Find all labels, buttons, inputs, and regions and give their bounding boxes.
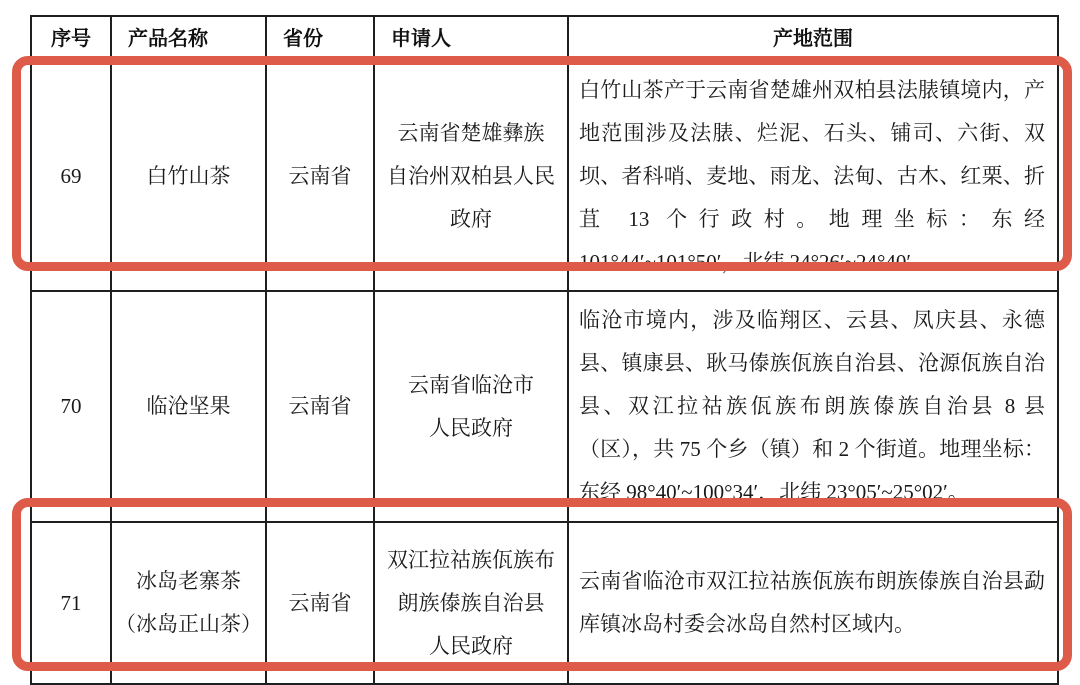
- row-70-product: 临沧坚果: [111, 291, 266, 522]
- row-69-region-text: 白竹山茶产于云南省楚雄州双柏县法脿镇境内，产地范围涉及法脿、烂泥、石头、铺司、六…: [579, 69, 1045, 284]
- row-70-applicant: 云南省临沧市 人民政府: [374, 291, 568, 522]
- row-70-region: 临沧市境内，涉及临翔区、云县、凤庆县、永德县、镇康县、耿马傣族佤族自治县、沧源佤…: [568, 291, 1058, 522]
- header-region: 产地范围: [568, 16, 1058, 62]
- header-applicant: 申请人: [374, 16, 568, 62]
- row-69-product: 白竹山茶: [111, 62, 266, 291]
- row-69-index: 69: [31, 62, 111, 291]
- row-71-product: 冰岛老寨茶 （冰岛正山茶）: [111, 522, 266, 684]
- row-69-province: 云南省: [266, 62, 374, 291]
- row-70-index: 70: [31, 291, 111, 522]
- row-71-region-text: 云南省临沧市双江拉祜族佤族布朗族傣族自治县勐库镇冰岛村委会冰岛自然村区域内。: [579, 560, 1045, 646]
- row-69-applicant: 云南省楚雄彝族 自治州双柏县人民 政府: [374, 62, 568, 291]
- header-province: 省份: [266, 16, 374, 62]
- table-row-69: 69 白竹山茶 云南省 云南省楚雄彝族 自治州双柏县人民 政府 白竹山茶产于云南…: [31, 62, 1058, 291]
- header-product: 产品名称: [111, 16, 266, 62]
- document-page: 序号 产品名称 省份 申请人 产地范围 69 白竹山茶 云南省 云南省楚雄彝族 …: [0, 0, 1080, 685]
- row-71-region: 云南省临沧市双江拉祜族佤族布朗族傣族自治县勐库镇冰岛村委会冰岛自然村区域内。: [568, 522, 1058, 684]
- row-70-region-text: 临沧市境内，涉及临翔区、云县、凤庆县、永德县、镇康县、耿马傣族佤族自治县、沧源佤…: [579, 299, 1045, 514]
- table-row-70: 70 临沧坚果 云南省 云南省临沧市 人民政府 临沧市境内，涉及临翔区、云县、凤…: [31, 291, 1058, 522]
- row-71-province: 云南省: [266, 522, 374, 684]
- table-header-row: 序号 产品名称 省份 申请人 产地范围: [31, 16, 1058, 62]
- gi-products-table: 序号 产品名称 省份 申请人 产地范围 69 白竹山茶 云南省 云南省楚雄彝族 …: [30, 15, 1059, 685]
- row-70-province: 云南省: [266, 291, 374, 522]
- row-69-region: 白竹山茶产于云南省楚雄州双柏县法脿镇境内，产地范围涉及法脿、烂泥、石头、铺司、六…: [568, 62, 1058, 291]
- row-71-index: 71: [31, 522, 111, 684]
- table-row-71: 71 冰岛老寨茶 （冰岛正山茶） 云南省 双江拉祜族佤族布 朗族傣族自治县 人民…: [31, 522, 1058, 684]
- row-71-applicant: 双江拉祜族佤族布 朗族傣族自治县 人民政府: [374, 522, 568, 684]
- header-index: 序号: [31, 16, 111, 62]
